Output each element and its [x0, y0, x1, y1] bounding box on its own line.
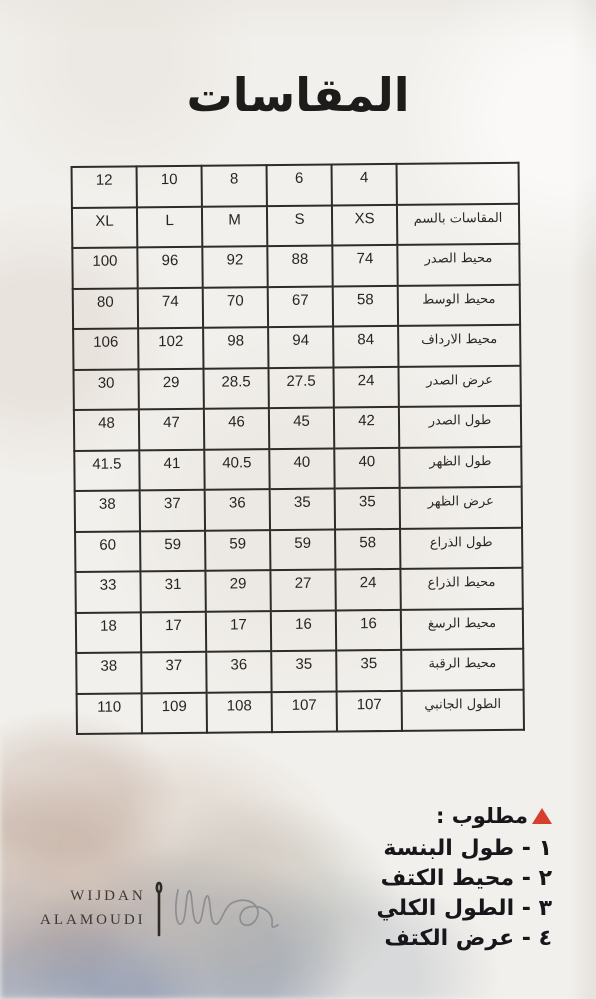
table-row: 1210864 [72, 163, 519, 208]
value-cell: 48 [74, 409, 139, 450]
value-cell: 38 [76, 652, 141, 693]
value-cell: 94 [268, 327, 333, 368]
value-cell: 110 [77, 693, 142, 734]
signature-name-line2: ALAMOUDI [40, 908, 146, 932]
measure-label-cell: عرض الصدر [398, 365, 520, 407]
size-number-cell: 6 [267, 165, 332, 206]
scanned-size-chart-page: المقاسات 1210864XLLMSXSالمقاسات بالسم100… [0, 0, 596, 999]
red-triangle-icon [532, 808, 552, 824]
size-letter-cell: S [267, 205, 332, 246]
measure-label-cell: محيط الارداف [398, 325, 520, 367]
value-cell: 107 [272, 691, 337, 732]
size-letter-cell: M [202, 206, 267, 247]
value-cell: 74 [332, 245, 397, 286]
required-item: ١ - طول البنسة [377, 834, 553, 864]
measure-label-cell: الطول الجانبي [402, 689, 524, 731]
value-cell: 29 [205, 570, 270, 611]
table-row: 4847464542طول الصدر [74, 406, 521, 451]
measure-label-cell: محيط الذراع [400, 568, 522, 610]
value-cell: 33 [75, 571, 140, 612]
value-cell: 108 [207, 692, 272, 733]
measure-label-cell: طول الصدر [399, 406, 521, 448]
table-row: XLLMSXSالمقاسات بالسم [72, 203, 519, 248]
size-letter-cell: L [137, 206, 202, 247]
table-row: 302928.527.524عرض الصدر [73, 365, 520, 410]
value-cell: 18 [76, 612, 141, 653]
value-cell: 35 [271, 650, 336, 691]
required-heading-text: مطلوب : [436, 804, 528, 828]
table-row: 1817171616محيط الرسغ [76, 608, 523, 653]
table-row: 3837363535عرض الظهر [75, 487, 522, 532]
measure-label-cell: محيط الصدر [397, 244, 519, 286]
table-row: 10096928874محيط الصدر [72, 244, 519, 289]
value-cell: 36 [206, 651, 271, 692]
value-cell: 27 [270, 570, 335, 611]
size-number-cell: 4 [332, 164, 397, 205]
value-cell: 24 [335, 569, 400, 610]
measure-label-cell: محيط الرقبة [401, 649, 523, 691]
value-cell: 35 [336, 650, 401, 691]
value-cell: 17 [206, 611, 271, 652]
value-cell: 84 [333, 326, 398, 367]
value-cell: 60 [75, 531, 140, 572]
value-cell: 92 [202, 246, 267, 287]
value-cell: 35 [335, 488, 400, 529]
required-item: ٢ - محيط الكتف [377, 864, 553, 894]
size-number-cell: 8 [202, 165, 267, 206]
table-row: 8074706758محيط الوسط [73, 284, 520, 329]
value-cell: 59 [205, 530, 270, 571]
value-cell: 70 [203, 287, 268, 328]
value-cell: 46 [204, 408, 269, 449]
value-cell: 37 [140, 490, 205, 531]
value-cell: 58 [335, 528, 400, 569]
value-cell: 31 [140, 571, 205, 612]
value-cell: 40.5 [204, 449, 269, 490]
corner-empty-cell [397, 163, 519, 205]
table-row: 6059595958طول الذراع [75, 527, 522, 572]
table-row: 110109108107107الطول الجانبي [77, 689, 524, 734]
needle-icon [152, 879, 166, 937]
size-number-cell: 12 [72, 166, 137, 207]
value-cell: 58 [333, 285, 398, 326]
page-title: المقاسات [0, 68, 596, 122]
value-cell: 59 [270, 529, 335, 570]
signature-names: WIJDAN ALAMOUDI [40, 884, 146, 932]
size-letter-cell: XS [332, 204, 397, 245]
value-cell: 59 [140, 530, 205, 571]
value-cell: 96 [137, 247, 202, 288]
value-cell: 24 [333, 366, 398, 407]
required-item: ٤ - عرض الكتف [377, 924, 553, 954]
required-item: ٣ - الطول الكلي [377, 894, 553, 924]
value-cell: 88 [267, 246, 332, 287]
required-list: ١ - طول البنسة٢ - محيط الكتف٣ - الطول ال… [377, 834, 553, 954]
units-header-cell: المقاسات بالسم [397, 203, 519, 245]
value-cell: 41.5 [74, 450, 139, 491]
measure-label-cell: عرض الظهر [400, 487, 522, 529]
value-cell: 102 [138, 328, 203, 369]
measure-label-cell: طول الذراع [400, 527, 522, 569]
value-cell: 16 [336, 609, 401, 650]
value-cell: 98 [203, 327, 268, 368]
value-cell: 109 [142, 692, 207, 733]
measure-label-cell: محيط الرسغ [401, 608, 523, 650]
value-cell: 107 [337, 690, 402, 731]
value-cell: 28.5 [203, 368, 268, 409]
value-cell: 40 [269, 448, 334, 489]
value-cell: 106 [73, 328, 138, 369]
signature-name-line1: WIJDAN [40, 884, 146, 908]
table-row: 3331292724محيط الذراع [75, 568, 522, 613]
value-cell: 80 [73, 288, 138, 329]
signature-block: WIJDAN ALAMOUDI [40, 878, 290, 938]
table-row: 41.54140.54040طول الظهر [74, 446, 521, 491]
required-heading: مطلوب : [377, 804, 553, 828]
required-section: مطلوب : ١ - طول البنسة٢ - محيط الكتف٣ - … [377, 804, 553, 954]
size-number-cell: 10 [137, 166, 202, 207]
value-cell: 41 [139, 449, 204, 490]
value-cell: 38 [75, 490, 140, 531]
value-cell: 30 [73, 369, 138, 410]
value-cell: 67 [268, 286, 333, 327]
size-letter-cell: XL [72, 207, 137, 248]
value-cell: 100 [72, 247, 137, 288]
value-cell: 37 [141, 652, 206, 693]
measure-label-cell: طول الظهر [399, 446, 521, 488]
value-cell: 45 [269, 408, 334, 449]
value-cell: 42 [334, 407, 399, 448]
measure-label-cell: محيط الوسط [398, 284, 520, 326]
table-row: 3837363535محيط الرقبة [76, 649, 523, 694]
value-cell: 27.5 [268, 367, 333, 408]
value-cell: 40 [334, 447, 399, 488]
value-cell: 16 [271, 610, 336, 651]
value-cell: 36 [205, 489, 270, 530]
value-cell: 47 [139, 409, 204, 450]
value-cell: 74 [138, 287, 203, 328]
value-cell: 35 [270, 489, 335, 530]
signature-scribble [172, 878, 290, 938]
table-row: 106102989484محيط الارداف [73, 325, 520, 370]
value-cell: 17 [141, 611, 206, 652]
measurements-table: 1210864XLLMSXSالمقاسات بالسم10096928874م… [71, 162, 525, 735]
value-cell: 29 [138, 368, 203, 409]
